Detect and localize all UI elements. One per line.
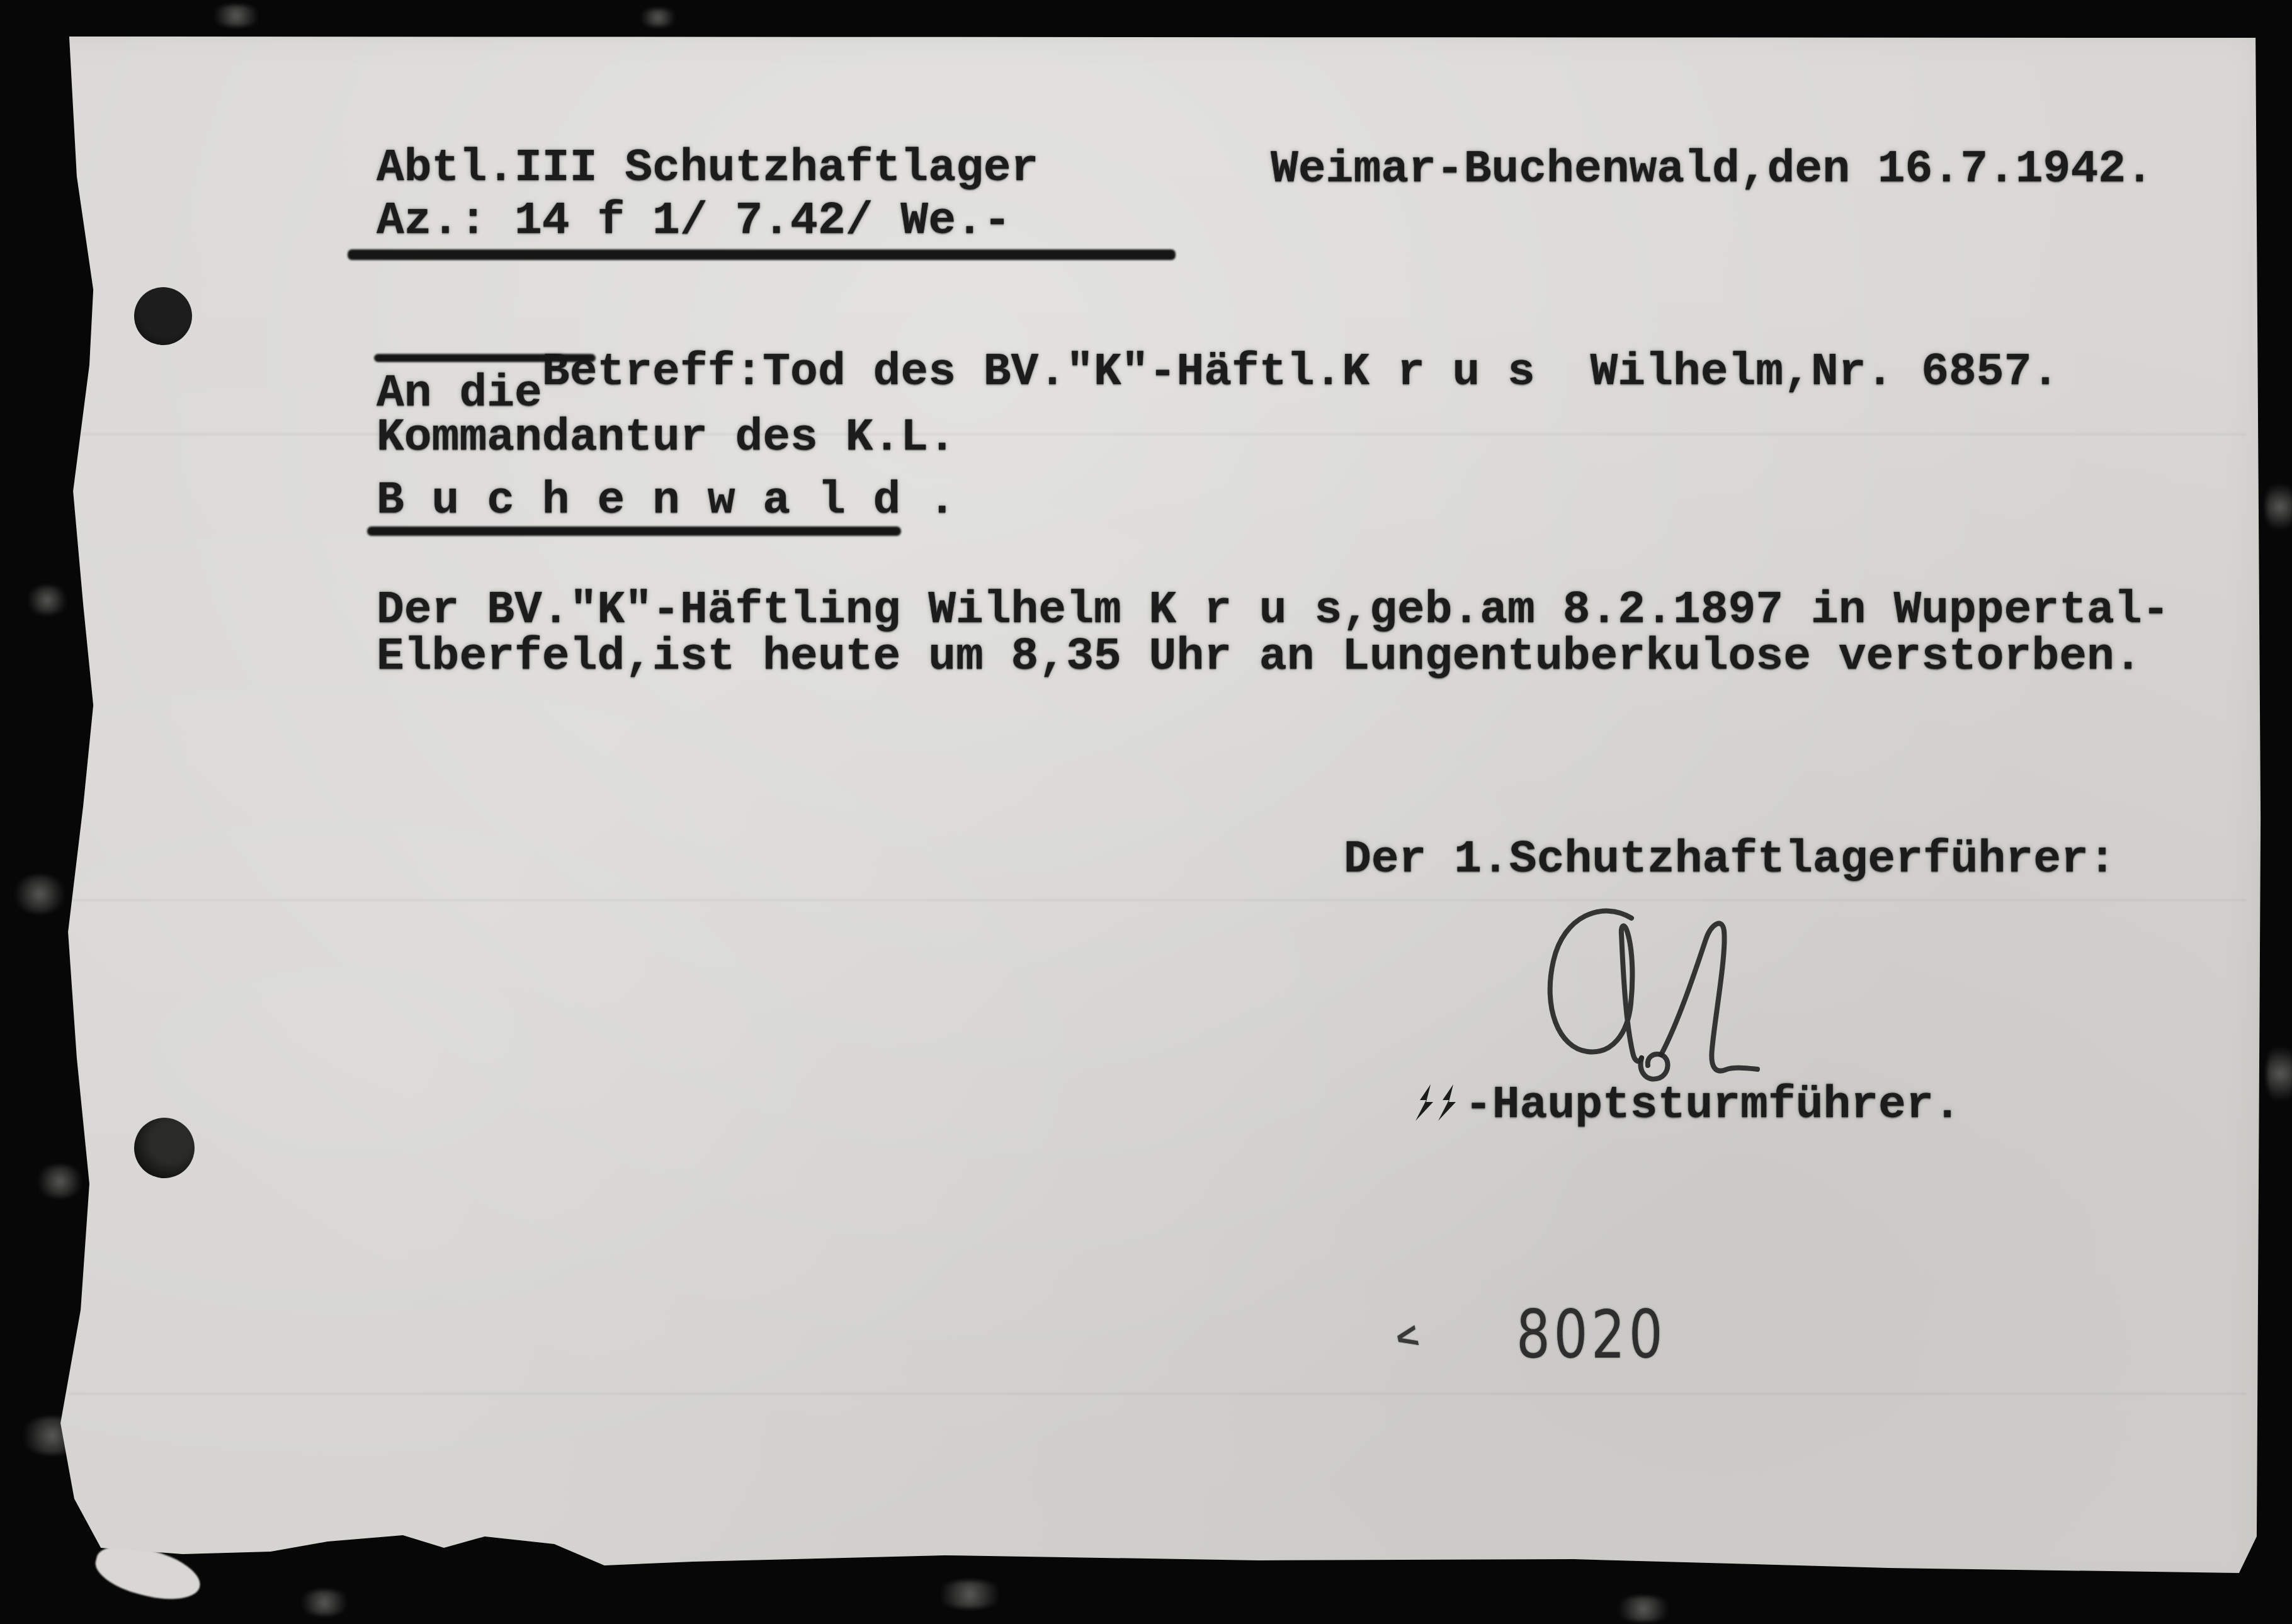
- body-line-1: Der BV."K"-Häftling Wilhelm K r u s,geb.…: [377, 587, 2169, 633]
- recipient-line-2: Kommandantur des K.L.: [377, 414, 956, 460]
- subject-label: Betreff:: [542, 346, 763, 398]
- rank-text: -Hauptsturmführer.: [1465, 1082, 1961, 1128]
- punch-hole-top: [134, 287, 192, 345]
- scan-noise-speck: [25, 586, 69, 615]
- scanned-document-page: Abtl.III Schutzhaftlager Az.: 14 f 1/ 7.…: [0, 0, 2292, 1624]
- scan-noise-speck: [208, 5, 264, 26]
- scan-noise-speck: [932, 1581, 1007, 1608]
- scan-noise-speck: [2266, 479, 2292, 535]
- body-line-2: Elberfeld,ist heute um 8,35 Uhr an Lunge…: [377, 633, 2142, 679]
- subject-underline: [374, 354, 596, 362]
- header-dept-line: Abtl.III Schutzhaftlager: [377, 145, 1038, 191]
- subject-line: Betreff:Tod des BV."K"-Häftl.K r u s Wil…: [377, 303, 2059, 441]
- scan-noise-speck: [296, 1590, 353, 1615]
- subject-text: Tod des BV."K"-Häftl.K r u s Wilhelm,Nr.…: [763, 346, 2059, 398]
- place-date-line: Weimar-Buchenwald,den 16.7.1942.: [1271, 146, 2153, 192]
- stamp-number: 8020: [1516, 1296, 1666, 1373]
- scan-noise-speck: [636, 9, 680, 26]
- scan-streak: [69, 433, 2246, 435]
- scan-streak: [69, 899, 2246, 901]
- recipient-line-3: B u c h e n w a l d .: [377, 477, 956, 523]
- handwritten-signature: [1508, 899, 1835, 1101]
- check-mark: <: [1392, 1317, 1423, 1363]
- punch-hole-bottom: [134, 1118, 195, 1178]
- recipient-underline: [367, 526, 901, 536]
- header-underline: [348, 249, 1176, 260]
- scan-noise-speck: [35, 1165, 85, 1198]
- rank-line: -Hauptsturmführer.: [1414, 1082, 1961, 1128]
- ss-runes-icon: [1414, 1083, 1462, 1122]
- recipient-line-1: An die: [377, 370, 542, 416]
- signer-title-line: Der 1.Schutzhaftlagerführer:: [1344, 836, 2116, 882]
- scan-noise-speck: [11, 875, 68, 913]
- header-file-ref-line: Az.: 14 f 1/ 7.42/ We.-: [377, 198, 1011, 244]
- paper-sheet: Abtl.III Schutzhaftlager Az.: 14 f 1/ 7.…: [0, 0, 2292, 1624]
- scan-streak: [69, 1393, 2246, 1395]
- scan-noise-speck: [1612, 1596, 1675, 1621]
- scan-noise-speck: [2267, 1039, 2292, 1108]
